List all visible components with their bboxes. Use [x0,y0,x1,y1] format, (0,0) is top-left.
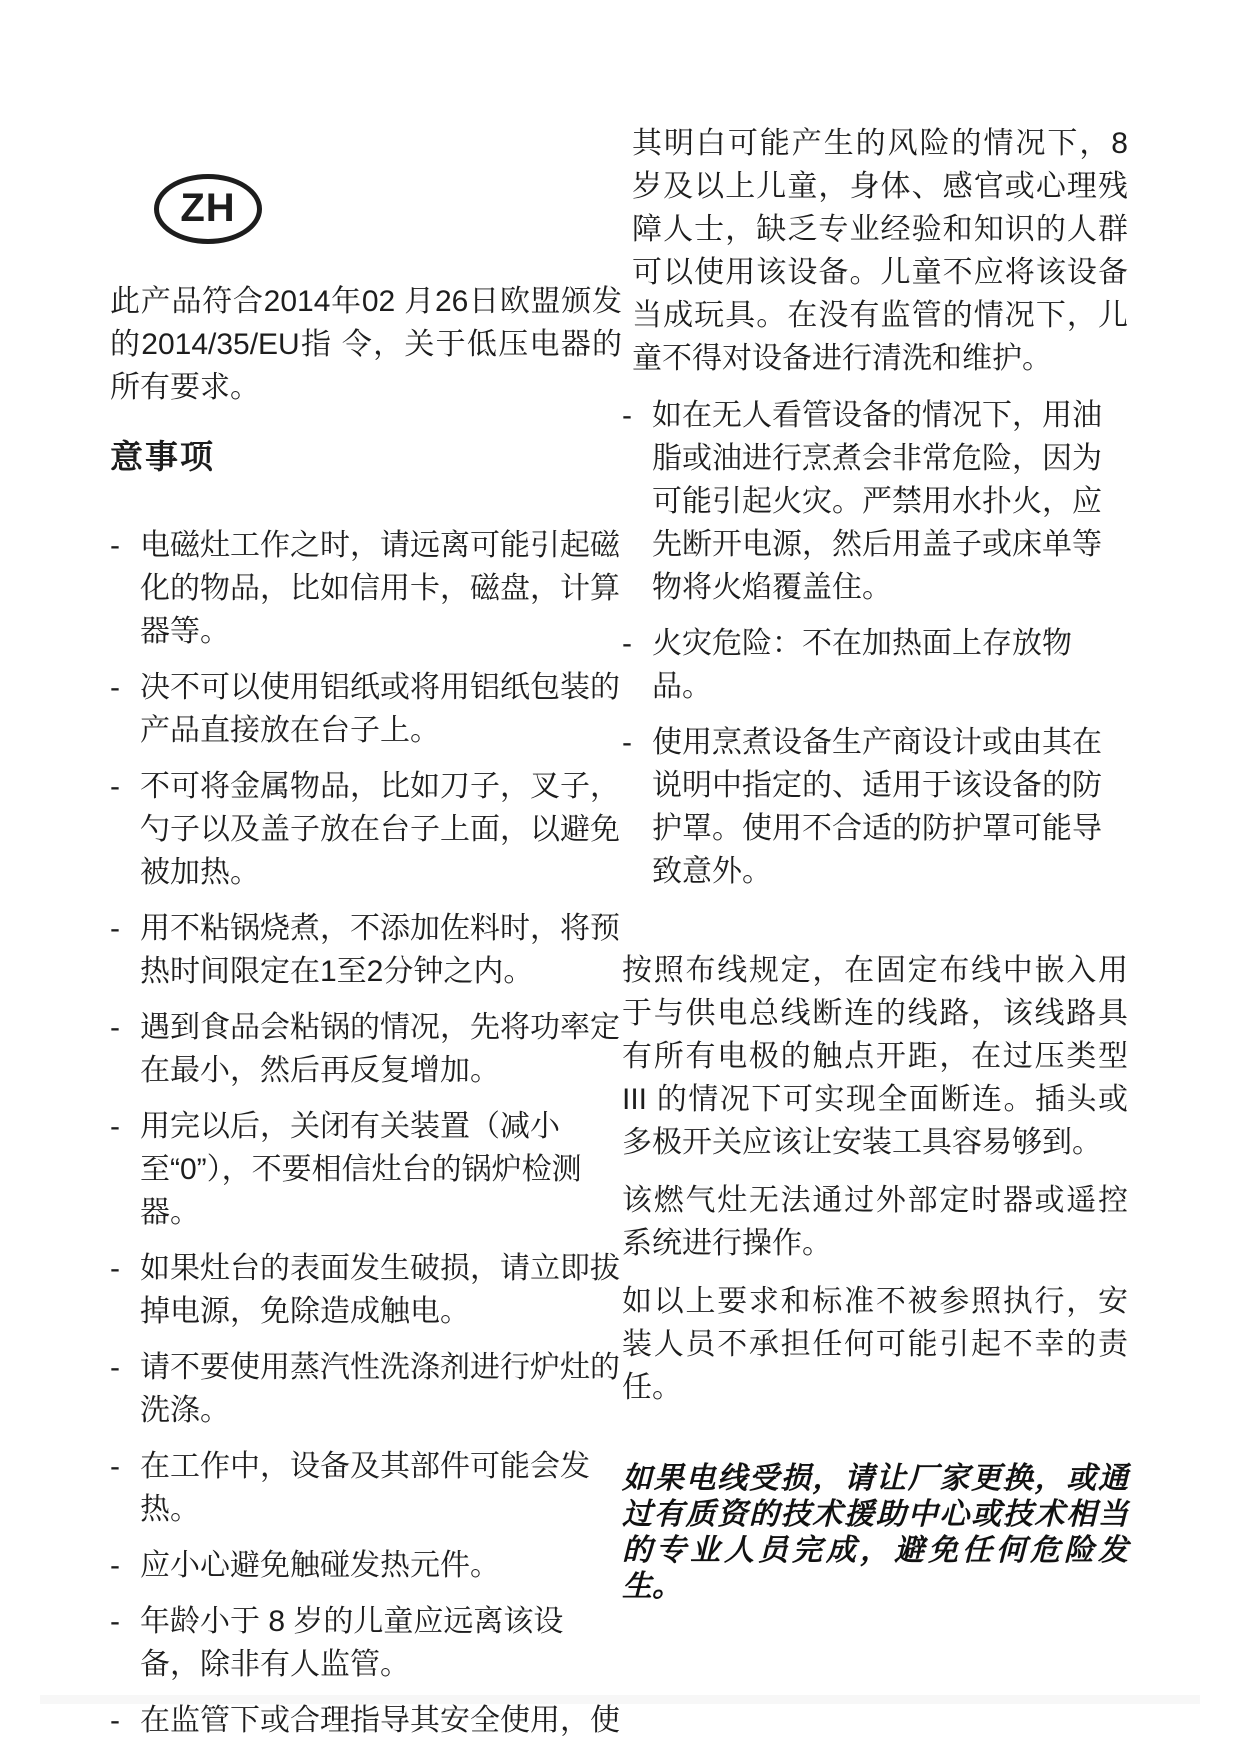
compliance-paragraph: 此产品符合2014年02 月26日欧盟颁发的2014/35/EU指 令，关于低压… [110,280,622,409]
bullet-dash: - [110,1544,120,1587]
list-item: - 火灾危险：不在加热面上存放物品。 [622,622,1128,708]
list-item-text: 用不粘锅烧煮，不添加佐料时，将预热时间限定在1至2分钟之内。 [140,912,620,988]
list-item: - 在工作中，设备及其部件可能会发热。 [110,1445,622,1531]
list-item: - 不可将金属物品，比如刀子，叉子，勺子以及盖子放在台子上面，以避免被加热。 [110,765,622,894]
bullet-dash: - [110,1699,120,1742]
list-item-text: 在工作中，设备及其部件可能会发热。 [140,1450,590,1526]
list-item: - 决不可以使用铝纸或将用铝纸包装的产品直接放在台子上。 [110,666,622,752]
bullet-dash: - [110,1346,120,1389]
list-item: - 用不粘锅烧煮，不添加佐料时，将预热时间限定在1至2分钟之内。 [110,907,622,993]
section-heading: 意事项 [110,431,622,478]
bullet-dash: - [110,765,120,808]
list-item-text: 电磁灶工作之时，请远离可能引起磁化的物品，比如信用卡，磁盘，计算器等。 [140,529,620,648]
list-item-text: 决不可以使用铝纸或将用铝纸包装的产品直接放在台子上。 [140,671,620,747]
list-item-text: 火灾危险：不在加热面上存放物品。 [652,627,1072,703]
wiring-paragraph: 按照布线规定，在固定布线中嵌入用于与供电总线断连的线路，该线路具有所有电极的触点… [622,949,1128,1164]
list-item-text: 请不要使用蒸汽性洗涤剂进行炉灶的洗涤。 [140,1351,620,1427]
list-item-text: 如在无人看管设备的情况下，用油脂或油进行烹煮会非常危险，因为可能引起火灾。严禁用… [652,399,1102,604]
safety-list-right: - 如在无人看管设备的情况下，用油脂或油进行烹煮会非常危险，因为可能引起火灾。严… [622,394,1128,893]
language-badge: ZH [154,174,262,244]
list-item-text: 应小心避免触碰发热元件。 [140,1549,500,1582]
list-item-text: 不可将金属物品，比如刀子，叉子，勺子以及盖子放在台子上面，以避免被加热。 [140,770,620,889]
list-item-text: 如果灶台的表面发生破损，请立即拔掉电源，免除造成触电。 [140,1252,620,1328]
bullet-dash: - [110,666,120,709]
bullet-dash: - [622,394,632,437]
list-item: - 在监管下或合理指导其安全使用，使 [110,1699,622,1742]
list-item: - 如果灶台的表面发生破损，请立即拔掉电源，免除造成触电。 [110,1247,622,1333]
list-item-text: 遇到食品会粘锅的情况，先将功率定在最小，然后再反复增加。 [140,1011,620,1087]
bullet-dash: - [110,1105,120,1148]
bullet-dash: - [622,721,632,764]
timer-paragraph: 该燃气灶无法通过外部定时器或遥控系统进行操作。 [622,1179,1128,1265]
left-column: ZH 此产品符合2014年02 月26日欧盟颁发的2014/35/EU指 令，关… [110,126,622,1742]
liability-paragraph: 如以上要求和标准不被参照执行，安装人员不承担任何可能引起不幸的责任。 [622,1280,1128,1409]
bullet-dash: - [110,524,120,567]
list-item: - 使用烹煮设备生产商设计或由其在说明中指定的、适用于该设备的防护罩。使用不合适… [622,721,1128,893]
list-item: - 年龄小于 8 岁的儿童应远离该设备，除非有人监管。 [110,1600,622,1686]
list-item: - 用完以后，关闭有关装置（减小至“0”），不要相信灶台的锅炉检测器。 [110,1105,622,1234]
list-item-text: 年龄小于 8 岁的儿童应远离该设备，除非有人监管。 [140,1605,563,1681]
manual-page: ZH 此产品符合2014年02 月26日欧盟颁发的2014/35/EU指 令，关… [0,0,1241,1754]
bullet-dash: - [110,1445,120,1488]
right-column: 其明白可能产生的风险的情况下，8 岁及以上儿童，身体、感官或心理残障人士，缺乏专… [622,122,1128,1635]
list-item-text: 用完以后，关闭有关装置（减小至“0”），不要相信灶台的锅炉检测器。 [140,1110,582,1229]
list-item: - 请不要使用蒸汽性洗涤剂进行炉灶的洗涤。 [110,1346,622,1432]
list-item-text: 使用烹煮设备生产商设计或由其在说明中指定的、适用于该设备的防护罩。使用不合适的防… [652,726,1102,888]
bullet-dash: - [622,622,632,665]
bullet-dash: - [110,907,120,950]
list-item: - 如在无人看管设备的情况下，用油脂或油进行烹煮会非常危险，因为可能引起火灾。严… [622,394,1128,609]
continuation-paragraph: 其明白可能产生的风险的情况下，8 岁及以上儿童，身体、感官或心理残障人士，缺乏专… [622,122,1128,380]
bullet-dash: - [110,1006,120,1049]
list-item: - 应小心避免触碰发热元件。 [110,1544,622,1587]
bullet-dash: - [110,1600,120,1643]
language-badge-label: ZH [180,188,235,228]
list-item: - 电磁灶工作之时，请远离可能引起磁化的物品，比如信用卡，磁盘，计算器等。 [110,524,622,653]
warning-paragraph: 如果电线受损，请让厂家更换，或通过有质资的技术援助中心或技术相当的专业人员完成，… [622,1461,1128,1605]
bullet-dash: - [110,1247,120,1290]
list-item: - 遇到食品会粘锅的情况，先将功率定在最小，然后再反复增加。 [110,1006,622,1092]
list-item-text: 在监管下或合理指导其安全使用，使 [140,1704,620,1737]
scan-artifact-band [40,1695,1200,1704]
safety-list-left: - 电磁灶工作之时，请远离可能引起磁化的物品，比如信用卡，磁盘，计算器等。 - … [110,524,622,1742]
